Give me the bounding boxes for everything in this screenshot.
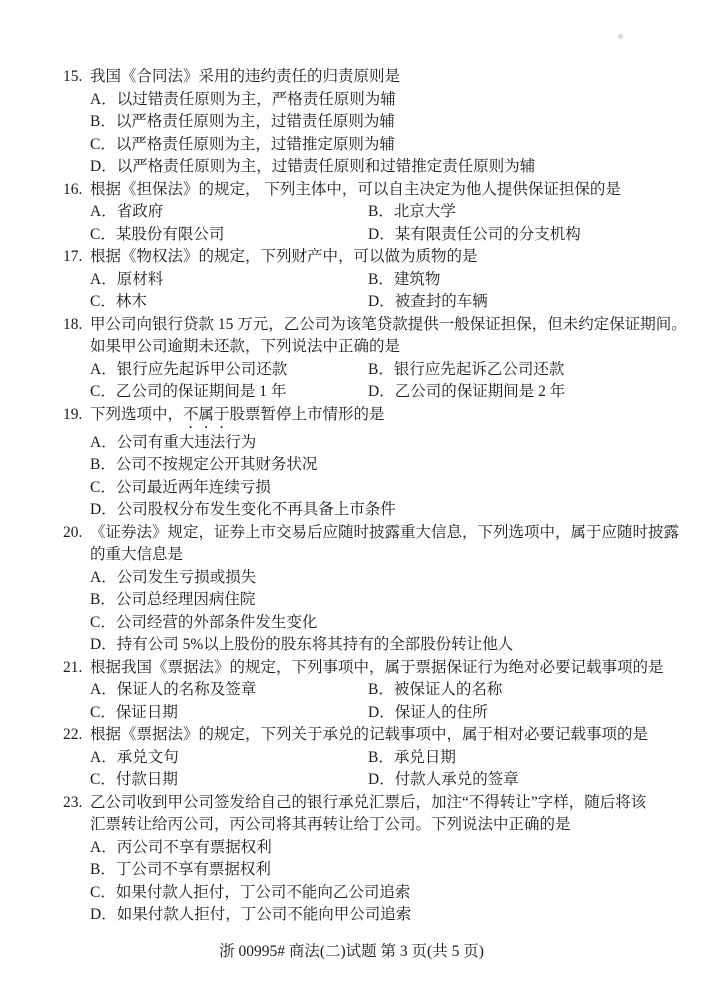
question-stem-continued: 如果甲公司逾期未还款，下列说法中正确的是 [90, 336, 688, 359]
option-c: C．林木 [90, 291, 368, 314]
option-b: B．公司不按规定公开其财务状况 [90, 454, 688, 477]
option-a: A．公司发生亏损或损失 [90, 567, 688, 590]
option-c: C．以严格责任原则为主，过错推定原则为辅 [90, 134, 688, 157]
option-b: B．银行应先起诉乙公司还款 [368, 359, 688, 382]
option-a: A．省政府 [90, 201, 368, 224]
option-label: B． [90, 454, 116, 477]
option-label: B． [90, 859, 116, 882]
question-stem: 22. 根据《票据法》的规定，下列关于承兑的记载事项中，属于相对必要记载事项的是 [90, 724, 688, 747]
option-label: A． [90, 269, 117, 292]
question-stem-text: 我国《合同法》采用的违约责任的归责原则是 [90, 68, 400, 85]
question-stem-text: 的重大信息是 [90, 546, 183, 563]
option-a: A．公司有重大违法行为 [90, 432, 688, 455]
option-label: D． [368, 702, 395, 725]
option-c: C．付款日期 [90, 769, 368, 792]
option-label: C． [90, 769, 116, 792]
option-c: C．公司最近两年连续亏损 [90, 477, 688, 500]
question-stem: 20. 《证券法》规定，证券上市交易后应随时披露重大信息，下列选项中，属于应随时… [90, 522, 688, 545]
option-text: 持有公司 5%以上股份的股东将其持有的全部股份转让他人 [117, 636, 514, 653]
option-label: D． [368, 224, 395, 247]
option-b: B．建筑物 [368, 269, 688, 292]
question-stem-text: 根据《票据法》的规定，下列关于承兑的记载事项中，属于相对必要记载事项的是 [90, 726, 648, 743]
option-text: 付款日期 [116, 771, 178, 788]
option-label: B． [368, 747, 394, 770]
option-label: A． [90, 89, 117, 112]
options: A．公司有重大违法行为 B．公司不按规定公开其财务状况 C．公司最近两年连续亏损… [90, 432, 688, 522]
option-text: 银行应先起诉甲公司还款 [117, 361, 288, 378]
question-stem: 19. 下列选项中，不属于股票暂停上市情形的是 [90, 404, 688, 432]
option-d: D．公司股权分布发生变化不再具备上市条件 [90, 499, 688, 522]
option-a: A．以过错责任原则为主，严格责任原则为辅 [90, 89, 688, 112]
question-stem-continued: 的重大信息是 [90, 544, 688, 567]
option-label: D． [368, 291, 395, 314]
option-label: C． [90, 882, 116, 905]
question-19: 19. 下列选项中，不属于股票暂停上市情形的是 A．公司有重大违法行为 B．公司… [63, 404, 688, 522]
option-text: 保证日期 [116, 704, 178, 721]
question-stem: 15. 我国《合同法》采用的违约责任的归责原则是 [90, 66, 688, 89]
options: A．省政府 B．北京大学 C．某股份有限公司 D．某有限责任公司的分支机构 [90, 201, 688, 246]
option-label: A． [90, 679, 117, 702]
option-label: C． [90, 702, 116, 725]
option-label: A． [90, 432, 117, 455]
option-label: B． [368, 201, 394, 224]
options: A．承兑文句 B．承兑日期 C．付款日期 D．付款人承兑的签章 [90, 747, 688, 792]
option-text: 建筑物 [394, 271, 441, 288]
option-text: 原材料 [117, 271, 164, 288]
option-a: A．丙公司不享有票据权利 [90, 837, 688, 860]
options: A．保证人的名称及签章 B．被保证人的名称 C．保证日期 D．保证人的住所 [90, 679, 688, 724]
question-stem-text: 下列选项中，不属于股票暂停上市情形的是 [90, 406, 385, 423]
option-text: 乙公司的保证期间是 1 年 [116, 383, 287, 400]
option-label: A． [90, 747, 117, 770]
option-text: 以严格责任原则为主，过错责任原则和过错推定责任原则为辅 [117, 158, 536, 175]
option-a: A．原材料 [90, 269, 368, 292]
option-c: C．保证日期 [90, 702, 368, 725]
question-number: 17. [63, 246, 82, 269]
option-d: D．持有公司 5%以上股份的股东将其持有的全部股份转让他人 [90, 634, 688, 657]
option-label: A． [90, 201, 117, 224]
stem-post: 股票暂停上市情形的是 [230, 406, 385, 423]
option-text: 被查封的车辆 [395, 293, 488, 310]
question-stem: 17. 根据《物权法》的规定，下列财产中，可以做为质物的是 [90, 246, 688, 269]
option-text: 公司有重大违法行为 [117, 434, 257, 451]
option-text: 某有限责任公司的分支机构 [395, 226, 581, 243]
option-text: 公司经营的外部条件发生变化 [116, 614, 318, 631]
question-15: 15. 我国《合同法》采用的违约责任的归责原则是 A．以过错责任原则为主，严格责… [63, 66, 688, 179]
question-stem-text: 甲公司向银行贷款 15 万元，乙公司为该笔贷款提供一般保证担保，但未约定保证期间… [90, 316, 687, 333]
question-stem-text: 乙公司收到甲公司签发给自己的银行承兑汇票后，加注“不得转让”字样，随后将该 [90, 794, 646, 811]
option-text: 承兑日期 [394, 749, 456, 766]
question-stem: 23. 乙公司收到甲公司签发给自己的银行承兑汇票后，加注“不得转让”字样，随后将… [90, 792, 688, 815]
question-16: 16. 根据《担保法》的规定， 下列主体中，可以自主决定为他人提供保证担保的是 … [63, 179, 688, 247]
scan-artifact-dot [618, 34, 623, 39]
options: A．以过错责任原则为主，严格责任原则为辅 B．以严格责任原则为主，过错责任原则为… [90, 89, 688, 179]
question-23: 23. 乙公司收到甲公司签发给自己的银行承兑汇票后，加注“不得转让”字样，随后将… [63, 792, 688, 927]
option-label: A． [90, 359, 117, 382]
option-b: B．丁公司不享有票据权利 [90, 859, 688, 882]
option-text: 北京大学 [394, 203, 456, 220]
option-text: 付款人承兑的签章 [395, 771, 519, 788]
option-text: 公司总经理因病住院 [116, 591, 256, 608]
option-label: B． [368, 269, 394, 292]
question-stem: 18. 甲公司向银行贷款 15 万元，乙公司为该笔贷款提供一般保证担保，但未约定… [90, 314, 688, 337]
option-label: B． [368, 679, 394, 702]
option-b: B．以严格责任原则为主，过错责任原则为辅 [90, 111, 688, 134]
option-text: 公司不按规定公开其财务状况 [116, 456, 318, 473]
option-label: C． [90, 224, 116, 247]
question-number: 21. [63, 657, 82, 680]
question-number: 20. [63, 522, 82, 545]
option-label: D． [368, 381, 395, 404]
option-label: B． [368, 359, 394, 382]
options: A．公司发生亏损或损失 B．公司总经理因病住院 C．公司经营的外部条件发生变化 … [90, 567, 688, 657]
question-stem-text: 根据我国《票据法》的规定，下列事项中，属于票据保证行为绝对必要记载事项的是 [90, 659, 664, 676]
question-number: 15. [63, 66, 82, 89]
option-text: 银行应先起诉乙公司还款 [394, 361, 565, 378]
option-c: C．某股份有限公司 [90, 224, 368, 247]
option-label: D． [90, 904, 117, 927]
option-d: D．如果付款人拒付，丁公司不能向甲公司追索 [90, 904, 688, 927]
options: A．原材料 B．建筑物 C．林木 D．被查封的车辆 [90, 269, 688, 314]
option-text: 省政府 [117, 203, 164, 220]
option-text: 被保证人的名称 [394, 681, 503, 698]
stem-pre: 下列选项中， [90, 406, 183, 423]
question-stem: 21. 根据我国《票据法》的规定，下列事项中，属于票据保证行为绝对必要记载事项的… [90, 657, 688, 680]
option-d: D．以严格责任原则为主，过错责任原则和过错推定责任原则为辅 [90, 156, 688, 179]
option-text: 如果付款人拒付，丁公司不能向乙公司追索 [116, 884, 411, 901]
option-d: D．保证人的住所 [368, 702, 688, 725]
stem-emphasized: 不属于 [183, 406, 230, 423]
question-stem-text: 《证券法》规定，证券上市交易后应随时披露重大信息，下列选项中，属于应随时披露 [90, 524, 679, 541]
question-22: 22. 根据《票据法》的规定，下列关于承兑的记载事项中，属于相对必要记载事项的是… [63, 724, 688, 792]
option-c: C．乙公司的保证期间是 1 年 [90, 381, 368, 404]
option-text: 乙公司的保证期间是 2 年 [395, 383, 566, 400]
option-text: 以过错责任原则为主，严格责任原则为辅 [117, 91, 396, 108]
option-d: D．付款人承兑的签章 [368, 769, 688, 792]
option-label: A． [90, 567, 117, 590]
option-a: A．银行应先起诉甲公司还款 [90, 359, 368, 382]
option-text: 保证人的住所 [395, 704, 488, 721]
option-label: D． [90, 499, 117, 522]
option-d: D．被查封的车辆 [368, 291, 688, 314]
option-text: 如果付款人拒付，丁公司不能向甲公司追索 [117, 906, 412, 923]
question-stem-text: 如果甲公司逾期未还款，下列说法中正确的是 [90, 338, 400, 355]
exam-questions-page: 15. 我国《合同法》采用的违约责任的归责原则是 A．以过错责任原则为主，严格责… [63, 66, 688, 927]
option-label: C． [90, 381, 116, 404]
question-21: 21. 根据我国《票据法》的规定，下列事项中，属于票据保证行为绝对必要记载事项的… [63, 657, 688, 725]
question-number: 23. [63, 792, 82, 815]
options: A．丙公司不享有票据权利 B．丁公司不享有票据权利 C．如果付款人拒付，丁公司不… [90, 837, 688, 927]
option-label: B． [90, 589, 116, 612]
option-b: B．承兑日期 [368, 747, 688, 770]
option-label: C． [90, 612, 116, 635]
option-label: D． [368, 769, 395, 792]
option-label: D． [90, 634, 117, 657]
option-text: 某股份有限公司 [116, 226, 225, 243]
option-a: A．保证人的名称及签章 [90, 679, 368, 702]
option-b: B．北京大学 [368, 201, 688, 224]
option-text: 丙公司不享有票据权利 [117, 839, 272, 856]
question-number: 19. [63, 404, 82, 427]
option-text: 承兑文句 [117, 749, 179, 766]
question-number: 16. [63, 179, 82, 202]
page-footer: 浙 00995# 商法(二)试题 第 3 页(共 5 页) [0, 941, 703, 964]
question-17: 17. 根据《物权法》的规定，下列财产中，可以做为质物的是 A．原材料 B．建筑… [63, 246, 688, 314]
option-label: C． [90, 291, 116, 314]
option-text: 公司股权分布发生变化不再具备上市条件 [117, 501, 396, 518]
option-label: D． [90, 156, 117, 179]
option-label: A． [90, 837, 117, 860]
options: A．银行应先起诉甲公司还款 B．银行应先起诉乙公司还款 C．乙公司的保证期间是 … [90, 359, 688, 404]
question-18: 18. 甲公司向银行贷款 15 万元，乙公司为该笔贷款提供一般保证担保，但未约定… [63, 314, 688, 404]
option-d: D．乙公司的保证期间是 2 年 [368, 381, 688, 404]
option-label: B． [90, 111, 116, 134]
question-20: 20. 《证券法》规定，证券上市交易后应随时披露重大信息，下列选项中，属于应随时… [63, 522, 688, 657]
option-label: C． [90, 134, 116, 157]
option-b: B．公司总经理因病住院 [90, 589, 688, 612]
option-text: 公司最近两年连续亏损 [116, 479, 271, 496]
option-b: B．被保证人的名称 [368, 679, 688, 702]
question-stem-text: 根据《担保法》的规定， 下列主体中，可以自主决定为他人提供保证担保的是 [90, 181, 621, 198]
question-stem-continued: 汇票转让给丙公司，丙公司将其再转让给丁公司。下列说法中正确的是 [90, 814, 688, 837]
option-a: A．承兑文句 [90, 747, 368, 770]
option-text: 以严格责任原则为主，过错责任原则为辅 [116, 113, 395, 130]
question-number: 18. [63, 314, 82, 337]
question-stem-text: 汇票转让给丙公司，丙公司将其再转让给丁公司。下列说法中正确的是 [90, 816, 571, 833]
question-stem: 16. 根据《担保法》的规定， 下列主体中，可以自主决定为他人提供保证担保的是 [90, 179, 688, 202]
question-number: 22. [63, 724, 82, 747]
option-text: 以严格责任原则为主，过错推定原则为辅 [116, 136, 395, 153]
option-text: 保证人的名称及签章 [117, 681, 257, 698]
option-label: C． [90, 477, 116, 500]
option-text: 林木 [116, 293, 147, 310]
option-c: C．公司经营的外部条件发生变化 [90, 612, 688, 635]
option-text: 丁公司不享有票据权利 [116, 861, 271, 878]
option-d: D．某有限责任公司的分支机构 [368, 224, 688, 247]
footer-text: 浙 00995# 商法(二)试题 第 3 页(共 5 页) [219, 943, 484, 960]
option-text: 公司发生亏损或损失 [117, 569, 257, 586]
option-c: C．如果付款人拒付，丁公司不能向乙公司追索 [90, 882, 688, 905]
question-stem-text: 根据《物权法》的规定，下列财产中，可以做为质物的是 [90, 248, 478, 265]
